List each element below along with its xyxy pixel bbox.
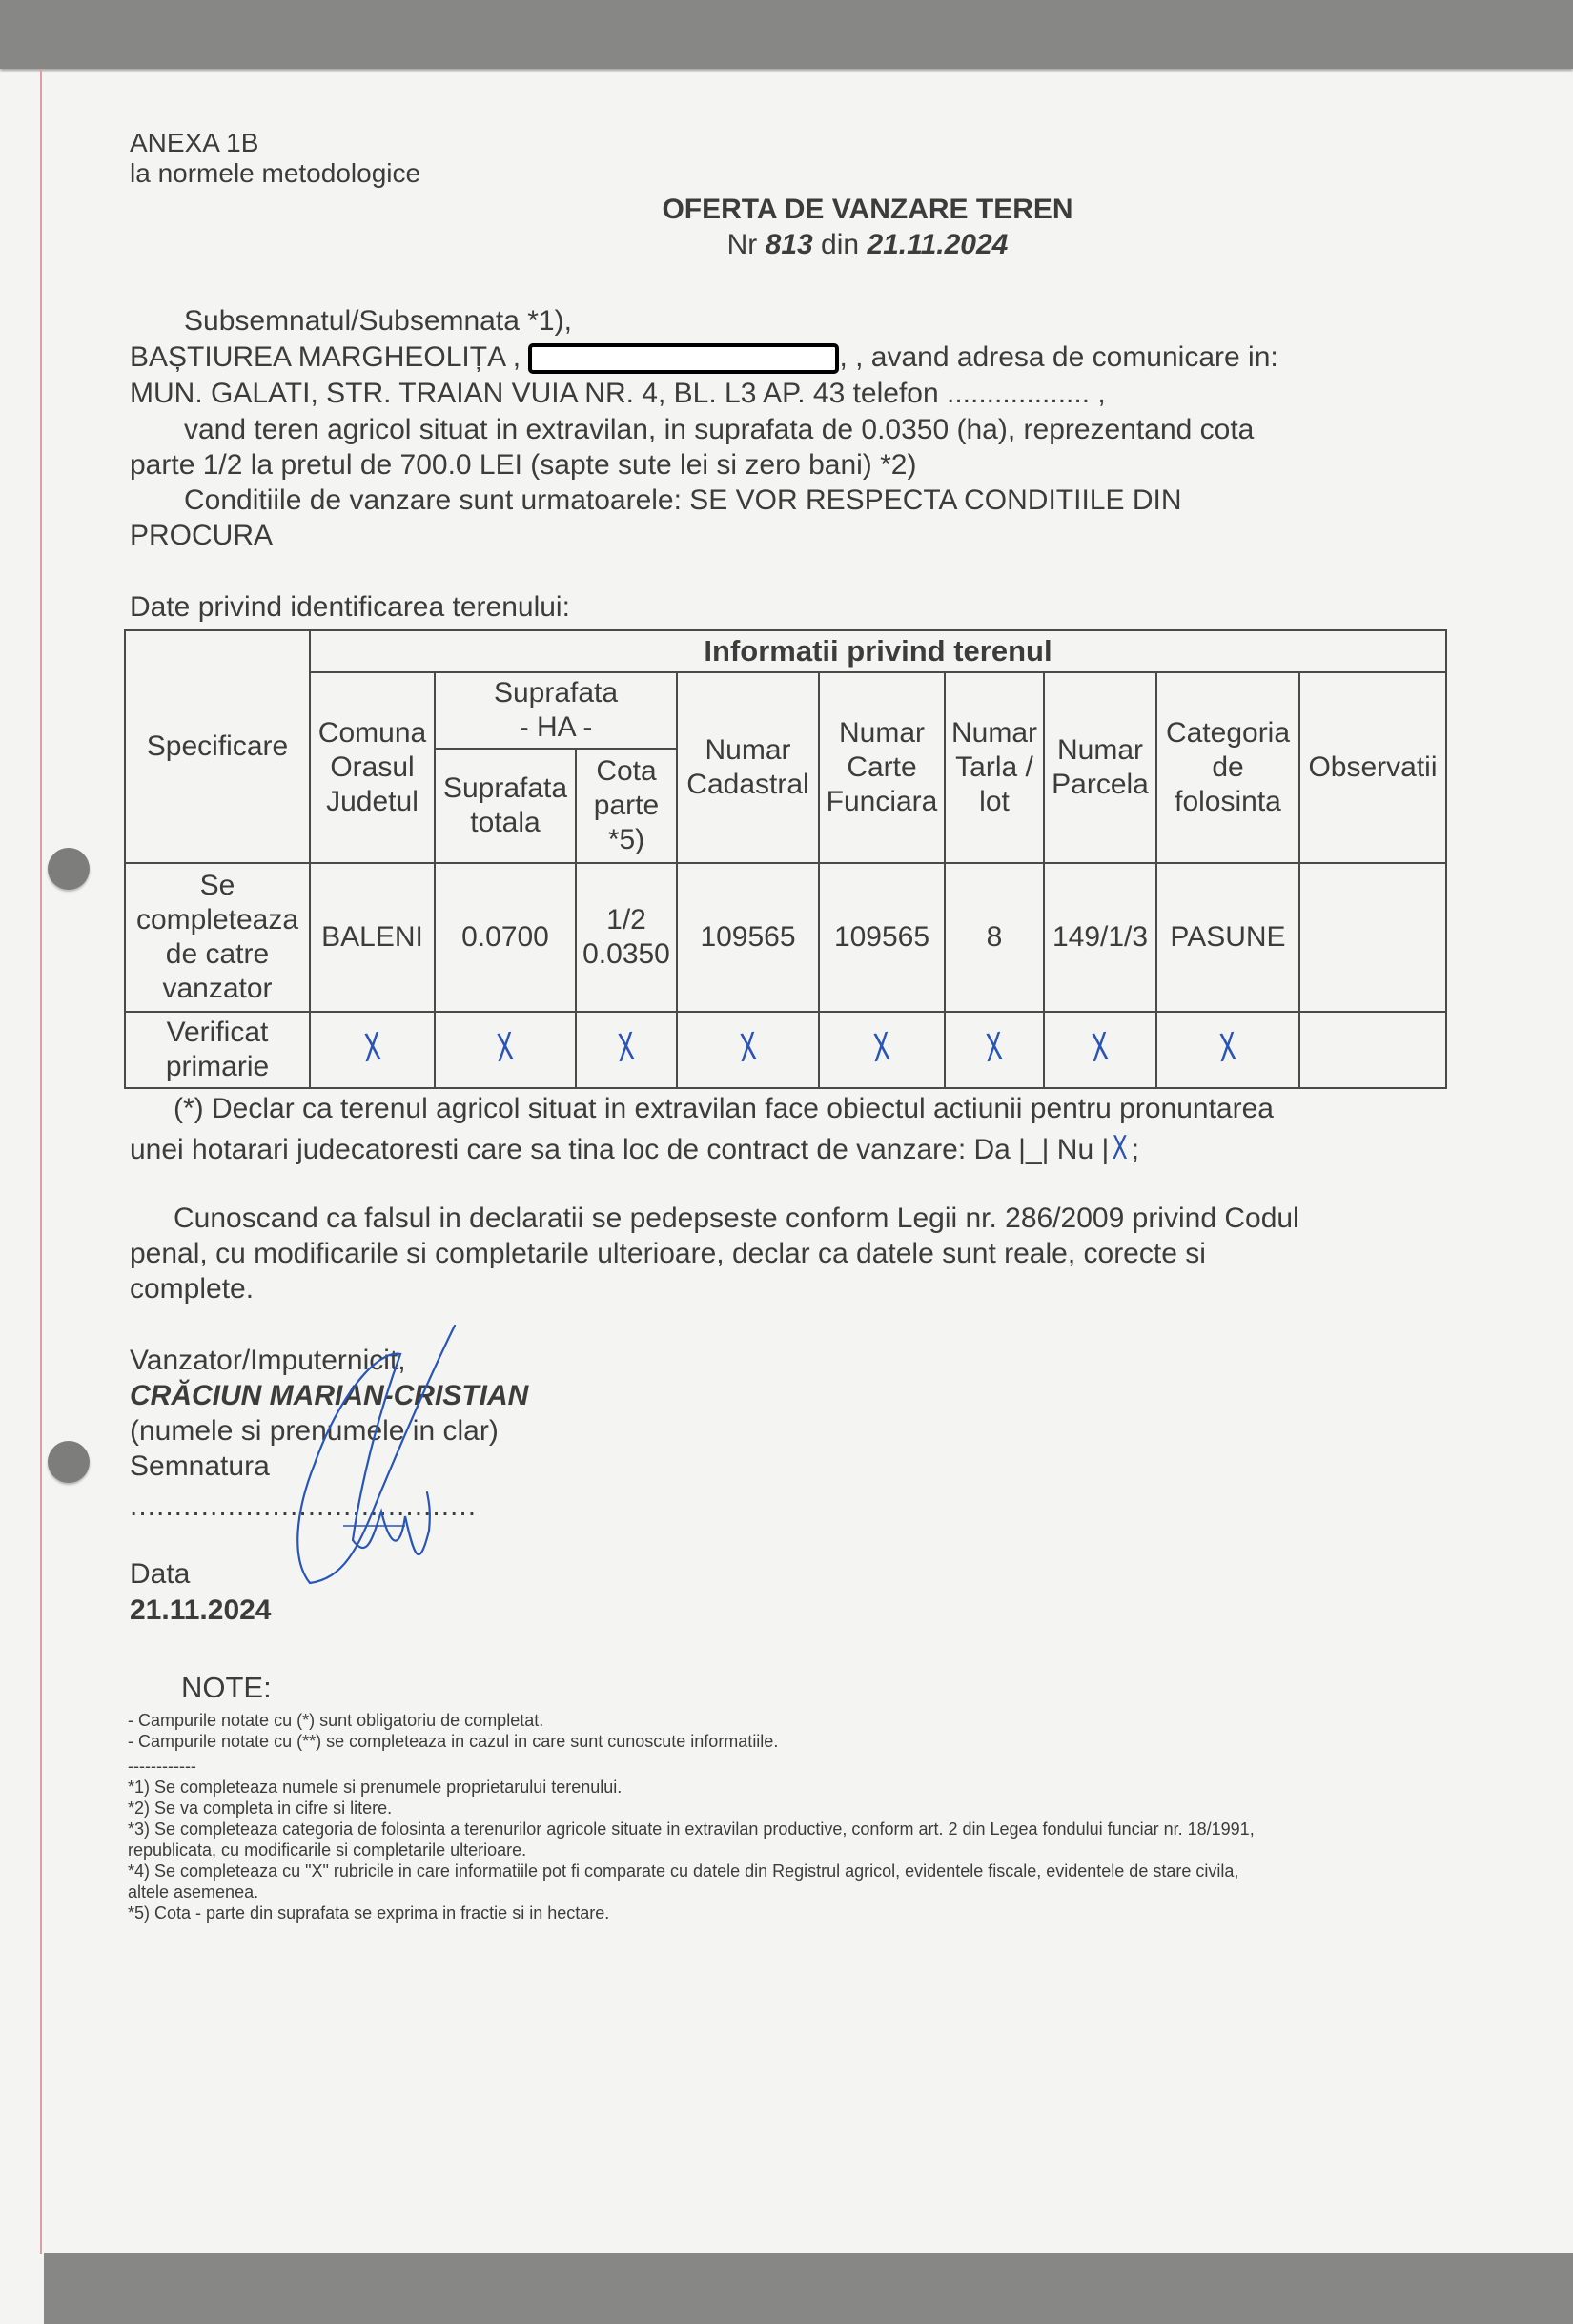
din-label: din — [821, 229, 859, 260]
row-label-line: de catre — [126, 937, 309, 972]
handwritten-x-mark: X — [617, 1030, 636, 1067]
header-comuna: Comuna Orasul Judetul — [310, 672, 435, 863]
header-line: Carte — [820, 751, 944, 785]
cell-check: X — [1156, 1012, 1299, 1088]
header-line: Cota — [577, 754, 676, 789]
cunoscand-line-1: Cunoscand ca falsul in declaratii se ped… — [174, 1203, 1299, 1235]
header-categoria: Categoria de folosinta — [1156, 672, 1299, 863]
declaration-line-1: (*) Declar ca terenul agricol situat in … — [174, 1093, 1274, 1125]
header-line: Parcela — [1045, 768, 1155, 802]
margin-line — [40, 69, 42, 2254]
cunoscand-line-3: complete. — [130, 1273, 254, 1306]
handwritten-x-mark: X — [362, 1030, 381, 1067]
scanner-top-border — [0, 0, 1573, 69]
cell-suprafata-totala: 0.0700 — [435, 863, 576, 1012]
cunoscand-line-2: penal, cu modificarile si completarile u… — [130, 1238, 1206, 1270]
nr-label: Nr — [727, 229, 758, 260]
declaration-end: ; — [1132, 1134, 1139, 1165]
header-line: Numar — [678, 733, 818, 768]
header-suprafata-line: Suprafata — [436, 676, 676, 710]
cell-numar-carte: 109565 — [819, 863, 945, 1012]
cell-check: X — [435, 1012, 576, 1088]
scanner-bottom-border — [44, 2253, 1573, 2324]
note-item: *3) Se completeaza categoria de folosint… — [128, 1819, 1255, 1840]
document-number: Nr 813 din 21.11.2024 — [0, 229, 1573, 261]
annex-label: ANEXA 1B — [130, 128, 258, 158]
note-item: *2) Se va completa in cifre si litere. — [128, 1798, 1255, 1819]
header-comuna-line: Comuna — [311, 716, 434, 751]
header-line: parte — [577, 789, 676, 823]
row-label-vanzator: Se completeaza de catre vanzator — [125, 863, 310, 1012]
cell-check: X — [945, 1012, 1044, 1088]
header-specificare: Specificare — [125, 630, 310, 863]
cell-tarla: 8 — [945, 863, 1044, 1012]
header-line: Tarla / — [946, 751, 1043, 785]
row-label-line: Verificat — [126, 1016, 309, 1050]
header-line: de — [1157, 751, 1298, 785]
row-label-line: completeaza — [126, 903, 309, 937]
handwritten-x-mark: X — [1218, 1030, 1237, 1067]
owner-name: BAȘTIUREA MARGHEOLIȚA , — [130, 341, 521, 373]
header-informatii: Informatii privind terenul — [310, 630, 1446, 672]
punch-hole — [48, 848, 90, 890]
handwritten-x-mark: X — [985, 1030, 1004, 1067]
handwritten-x-mark: X — [496, 1030, 515, 1067]
sale-line-1: vand teren agricol situat in extravilan,… — [184, 414, 1254, 446]
header-comuna-line: Judetul — [311, 785, 434, 819]
nu-checkbox-mark[interactable]: X — [1113, 1129, 1128, 1167]
subsemnatul-label: Subsemnatul/Subsemnata *1), — [184, 305, 572, 338]
cell-check: X — [677, 1012, 819, 1088]
cell-observatii-check — [1299, 1012, 1446, 1088]
handwritten-signature — [286, 1321, 477, 1607]
table-row: Verificat primarie X X X X X X X X — [125, 1012, 1446, 1088]
punch-hole — [48, 1441, 90, 1483]
handwritten-x-mark: X — [872, 1030, 891, 1067]
cell-line: 0.0350 — [577, 937, 676, 972]
note-item: - Campurile notate cu (**) se completeaz… — [128, 1731, 1255, 1752]
row-label-primarie: Verificat primarie — [125, 1012, 310, 1088]
header-suprafata-totala: Suprafata totala — [435, 749, 576, 863]
conditions-line-2: PROCURA — [130, 520, 273, 552]
cell-comuna: BALENI — [310, 863, 435, 1012]
declaration-text: unei hotarari judecatoresti care sa tina… — [130, 1134, 1109, 1165]
row-label-line: Se — [126, 869, 309, 903]
note-item: *1) Se completeaza numele si prenumele p… — [128, 1777, 1255, 1798]
declaration-line-2: unei hotarari judecatoresti care sa tina… — [130, 1129, 1139, 1167]
address-line: MUN. GALATI, STR. TRAIAN VUIA NR. 4, BL.… — [130, 378, 1106, 410]
note-item: *5) Cota - parte din suprafata se exprim… — [128, 1902, 1255, 1923]
cell-check: X — [576, 1012, 677, 1088]
header-line: Suprafata — [436, 771, 575, 806]
header-numar-cadastral: Numar Cadastral — [677, 672, 819, 863]
sale-line-2: parte 1/2 la pretul de 700.0 LEI (sapte … — [130, 449, 916, 482]
header-cota-parte: Cota parte *5) — [576, 749, 677, 863]
address-label: , , avand adresa de comunicare in: — [839, 341, 1277, 373]
cell-check: X — [310, 1012, 435, 1088]
cell-line: 1/2 — [577, 903, 676, 937]
cell-categoria: PASUNE — [1156, 863, 1299, 1012]
table-caption: Date privind identificarea terenului: — [130, 591, 570, 624]
document-title: OFERTA DE VANZARE TEREN — [0, 194, 1573, 226]
note-item: republicata, cu modificarile si completa… — [128, 1840, 1255, 1861]
note-item: - Campurile notate cu (*) sunt obligator… — [128, 1710, 1255, 1731]
nr-value: 813 — [766, 229, 813, 260]
header-line: *5) — [577, 823, 676, 857]
header-comuna-line: Orasul — [311, 751, 434, 785]
document-date: 21.11.2024 — [867, 229, 1008, 260]
header-observatii: Observatii — [1299, 672, 1446, 863]
cell-parcela: 149/1/3 — [1044, 863, 1156, 1012]
header-numar-carte: Numar Carte Funciara — [819, 672, 945, 863]
row-label-line: primarie — [126, 1050, 309, 1084]
header-suprafata-line: - HA - — [436, 710, 676, 745]
note-separator: ------------ — [128, 1756, 1255, 1777]
cell-observatii — [1299, 863, 1446, 1012]
handwritten-x-mark: X — [738, 1030, 757, 1067]
cell-numar-cadastral: 109565 — [677, 863, 819, 1012]
header-line: Numar — [1045, 733, 1155, 768]
handwritten-x-mark: X — [1091, 1030, 1110, 1067]
conditions-line-1: Conditiile de vanzare sunt urmatoarele: … — [184, 484, 1182, 517]
header-line: Numar — [820, 716, 944, 751]
notes-list: - Campurile notate cu (*) sunt obligator… — [128, 1710, 1255, 1923]
header-suprafata-group: Suprafata - HA - — [435, 672, 677, 749]
header-numar-tarla: Numar Tarla / lot — [945, 672, 1044, 863]
cell-check: X — [1044, 1012, 1156, 1088]
semnatura-label: Semnatura — [130, 1450, 270, 1483]
cell-cota-parte: 1/2 0.0350 — [576, 863, 677, 1012]
date-label: Data — [130, 1558, 190, 1591]
header-numar-parcela: Numar Parcela — [1044, 672, 1156, 863]
notes-title: NOTE: — [181, 1671, 272, 1705]
annex-subtitle: la normele metodologice — [130, 158, 420, 189]
land-info-table: Specificare Informatii privind terenul C… — [124, 629, 1447, 1089]
header-line: Funciara — [820, 785, 944, 819]
row-label-line: vanzator — [126, 972, 309, 1006]
owner-line: BAȘTIUREA MARGHEOLIȚA , , , avand adresa… — [130, 341, 1278, 374]
header-line: Cadastral — [678, 768, 818, 802]
signature-date: 21.11.2024 — [130, 1594, 272, 1627]
header-line: Categoria — [1157, 716, 1298, 751]
note-item: altele asemenea. — [128, 1882, 1255, 1902]
redacted-field — [528, 343, 839, 374]
table-row: Se completeaza de catre vanzator BALENI … — [125, 863, 1446, 1012]
header-line: Numar — [946, 716, 1043, 751]
cell-check: X — [819, 1012, 945, 1088]
header-line: folosinta — [1157, 785, 1298, 819]
note-item: *4) Se completeaza cu "X" rubricile in c… — [128, 1861, 1255, 1882]
header-line: totala — [436, 806, 575, 840]
header-line: lot — [946, 785, 1043, 819]
